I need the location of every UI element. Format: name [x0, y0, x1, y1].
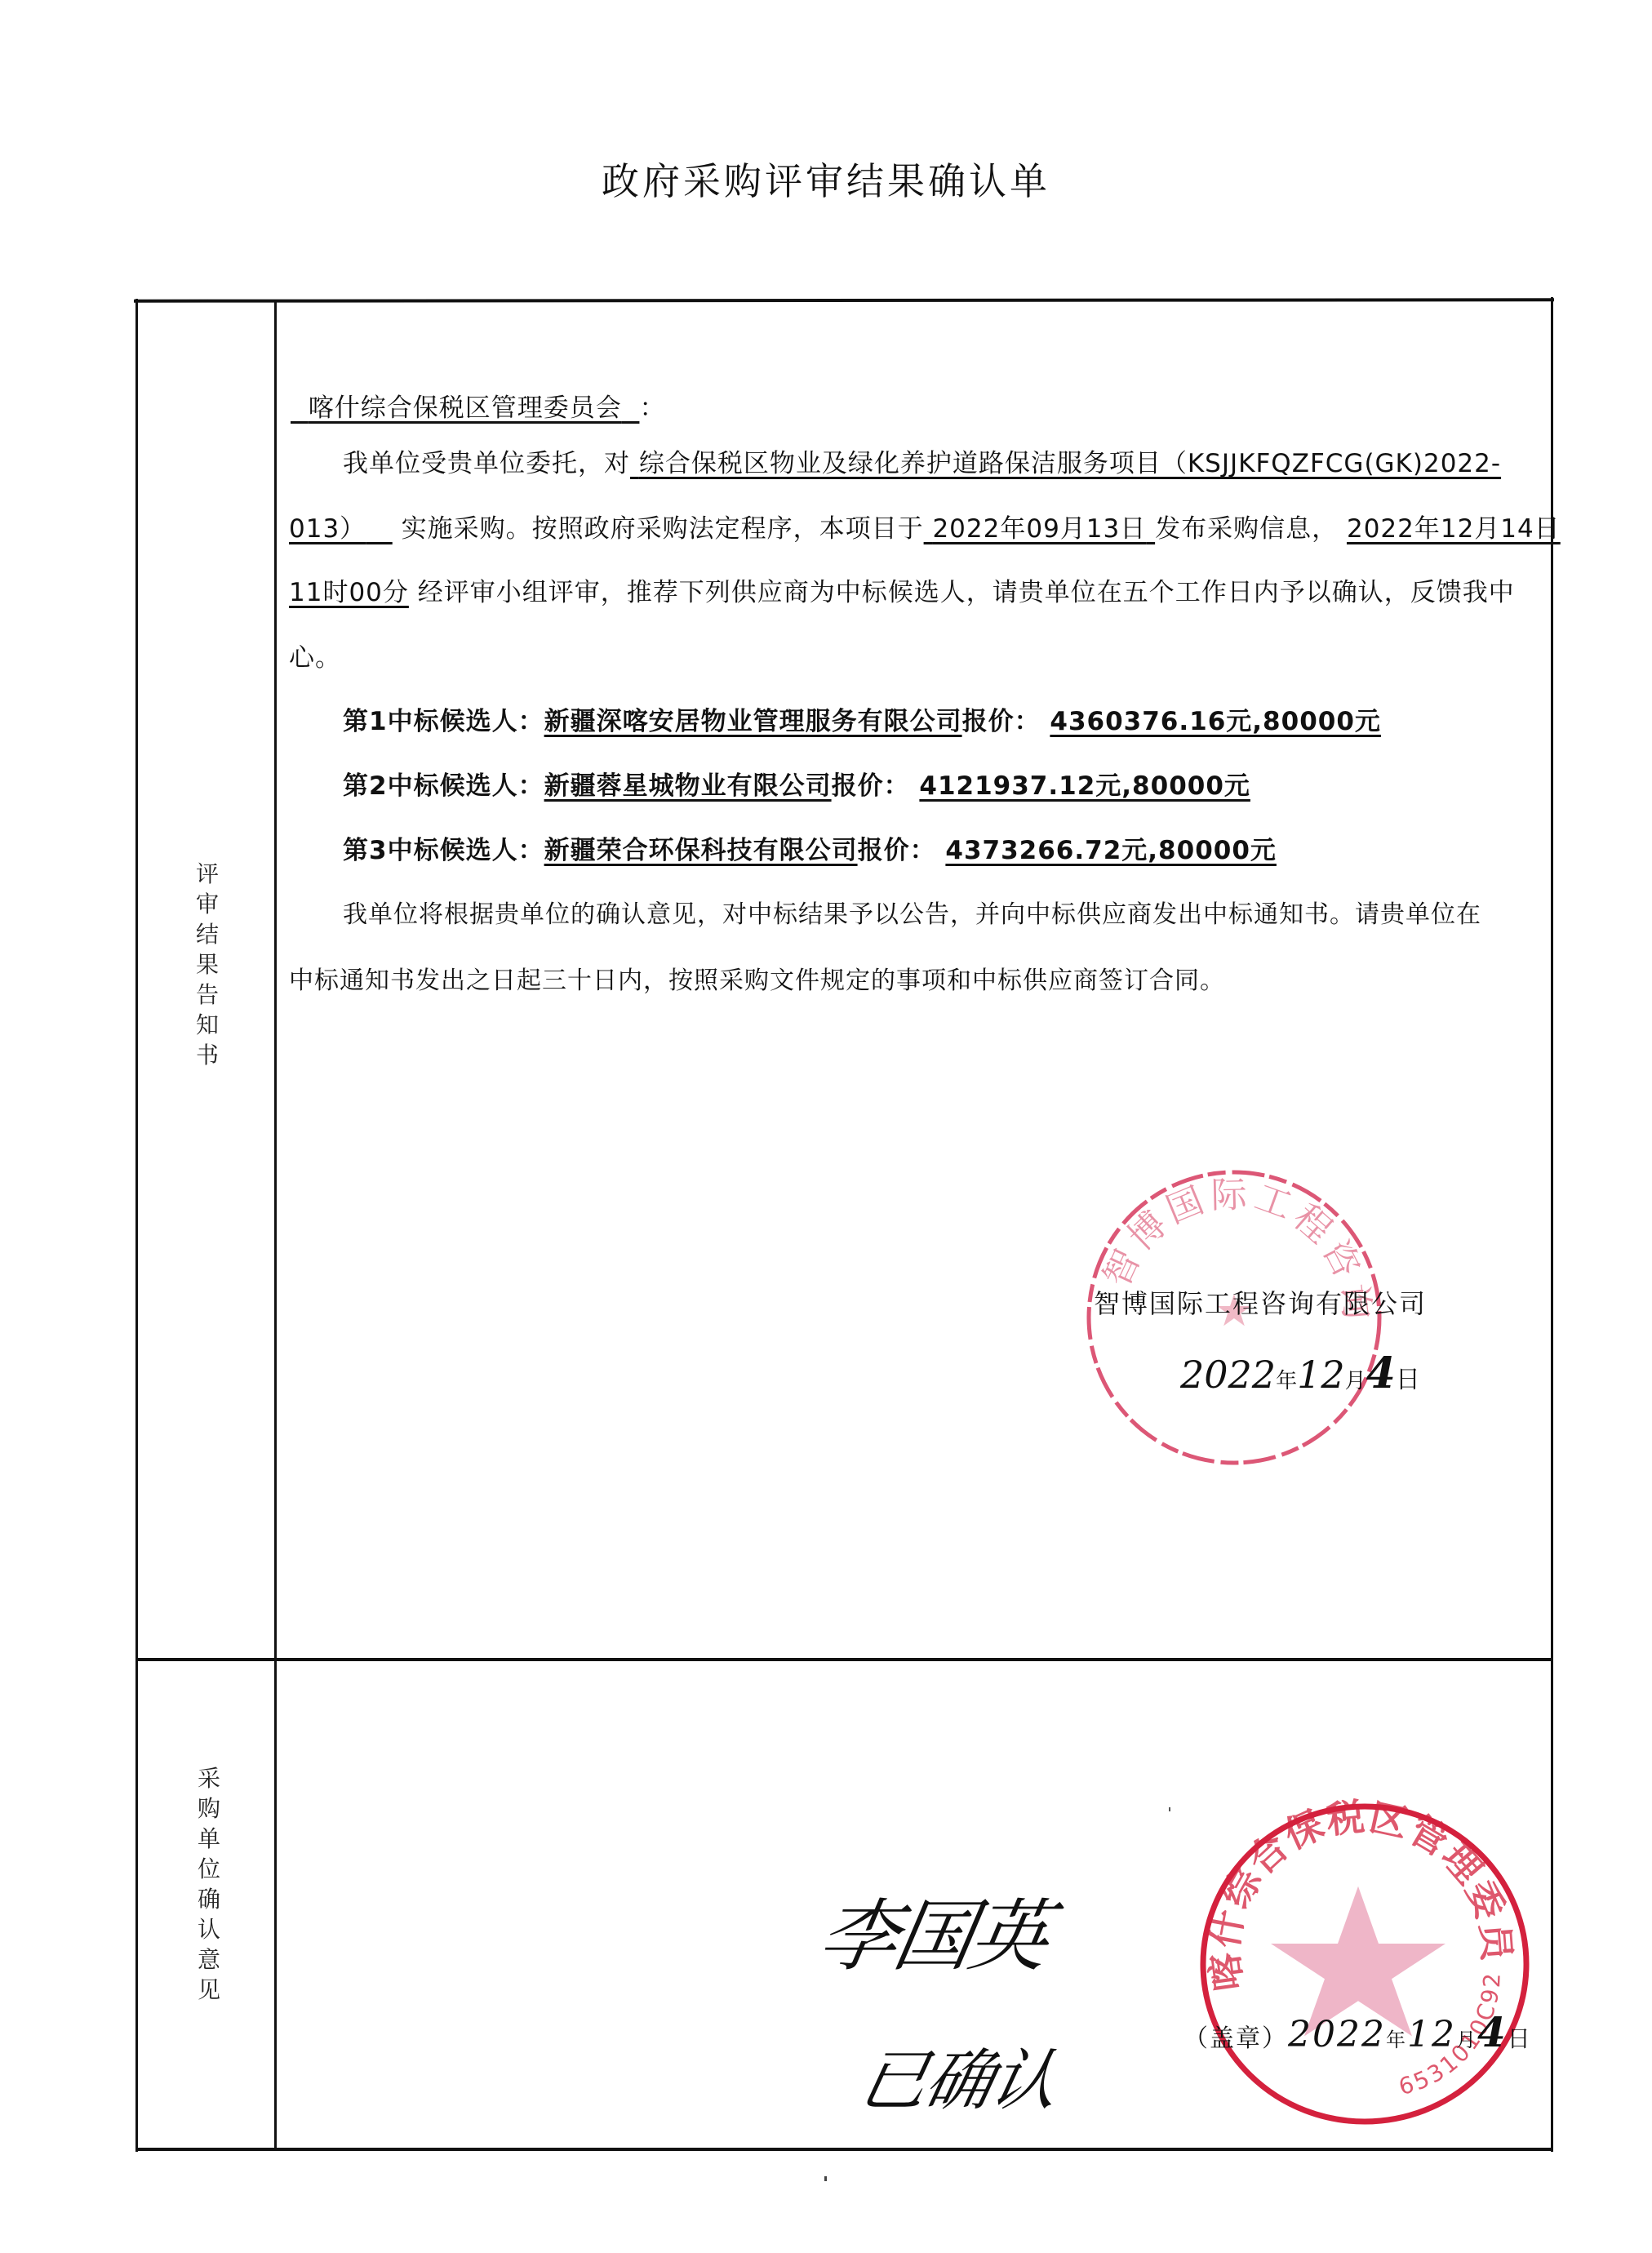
- underline-gap: [366, 514, 393, 544]
- label-char: 确: [193, 1884, 225, 1914]
- project-code-end: 013）: [289, 514, 366, 544]
- candidate-price: 4373266.72元,80000元: [945, 836, 1277, 865]
- para1-lead: 我单位受贵单位委托，对: [343, 449, 630, 478]
- candidate-price: 4360376.16元,80000元: [1050, 707, 1381, 736]
- label-char: 见: [193, 1975, 225, 2005]
- para1-text: 发布采购信息，: [1155, 514, 1338, 544]
- label-char: 认: [193, 1914, 225, 1944]
- table-left-border: [135, 299, 138, 2152]
- date-month-unit: 月: [1456, 2029, 1477, 2051]
- candidate-rank: 第1中标候选人：: [343, 707, 544, 736]
- label-char: 果: [191, 949, 224, 980]
- para2-text: 中标通知书发出之日起三十日内，按照采购文件规定的事项和中标供应商签订合同。: [289, 967, 1225, 995]
- publish-date: 2022年09月13日: [924, 514, 1156, 544]
- table-right-border: [1551, 297, 1553, 2152]
- table-bottom-border: [135, 2148, 1553, 2151]
- candidate-company: 新疆荣合环保科技有限公司: [544, 836, 858, 865]
- candidate-price-label: 报价：: [832, 771, 910, 801]
- label-char: 评: [191, 859, 224, 889]
- review-date: 2022年12月14日: [1347, 514, 1561, 544]
- project-name: 综合保税区物业及绿化养护道路保洁服务项目（KSJJKFQZFCG(GK)2022…: [630, 449, 1501, 478]
- date-year-unit: 年: [1386, 2029, 1407, 2051]
- date-month: 12: [1407, 2014, 1456, 2055]
- date-month-unit: 月: [1345, 1369, 1366, 1393]
- date-day: 4: [1366, 1349, 1396, 1398]
- candidate-row: 第1中标候选人：新疆深喀安居物业管理服务有限公司报价： 4360376.16元,…: [343, 700, 1381, 737]
- seal-label: （盖章）: [1183, 2024, 1288, 2053]
- agency-sign-date: 2022年12月4日: [1180, 1349, 1420, 1398]
- para1-line3: 11时00分 经评审小组评审，推荐下列供应商为中标候选人，请贵单位在五个工作日内…: [289, 571, 1515, 608]
- candidate-company: 新疆蓉星城物业有限公司: [544, 771, 832, 801]
- date-month: 12: [1297, 1353, 1345, 1397]
- label-char: 意: [193, 1944, 225, 1975]
- addressee-colon: ：: [639, 393, 665, 423]
- para1-line2: 013） 实施采购。按照政府采购法定程序，本项目于 2022年09月13日 发布…: [289, 508, 1561, 544]
- candidate-row: 第2中标候选人：新疆蓉星城物业有限公司报价： 4121937.12元,80000…: [343, 765, 1250, 802]
- signature-name: 李国英: [811, 1874, 1056, 1986]
- date-day-unit: 日: [1396, 1366, 1420, 1394]
- para1-text: 实施采购。按照政府采购法定程序，本项目于: [402, 514, 924, 544]
- purchaser-seal-graphic: 喀什综合保税区管理委员会 6531010C927697: [1197, 1801, 1532, 2127]
- label-char: 知: [191, 1010, 224, 1040]
- review-time: 11时00分: [289, 578, 409, 607]
- label-char: 位: [193, 1854, 225, 1884]
- label-char: 结: [191, 919, 224, 949]
- candidate-row: 第3中标候选人：新疆荣合环保科技有限公司报价： 4373266.72元,8000…: [343, 829, 1277, 866]
- label-char: 审: [191, 889, 224, 919]
- label-char: 书: [191, 1040, 224, 1070]
- document-title: 政府采购评审结果确认单: [0, 152, 1652, 206]
- label-char: 告: [191, 980, 224, 1010]
- addressee: 喀什综合保税区管理委员会: [291, 393, 639, 423]
- agency-name: 智博国际工程咨询有限公司: [1094, 1283, 1427, 1321]
- date-year-unit: 年: [1276, 1369, 1297, 1393]
- candidate-rank: 第3中标候选人：: [343, 836, 544, 865]
- para1-text: 心。: [289, 643, 341, 673]
- candidate-price-label: 报价：: [962, 707, 1041, 736]
- scan-speck: [1169, 1807, 1170, 1811]
- label-char: 采: [193, 1763, 225, 1793]
- candidate-rank: 第2中标候选人：: [343, 771, 544, 801]
- candidate-price-label: 报价：: [858, 836, 936, 865]
- table-top-border: [134, 298, 1554, 303]
- date-day: 4: [1477, 2008, 1508, 2056]
- scan-speck: [824, 2176, 827, 2181]
- table-column-divider: [274, 300, 277, 2150]
- label-char: 单: [193, 1824, 225, 1854]
- date-day-unit: 日: [1508, 2025, 1532, 2052]
- para2-line2: 中标通知书发出之日起三十日内，按照采购文件规定的事项和中标供应商签订合同。: [289, 960, 1225, 996]
- addressee-line: 喀什综合保税区管理委员会 ：: [291, 387, 665, 424]
- signature-note: 已确认: [852, 2028, 1068, 2123]
- date-year: 2022: [1180, 1353, 1276, 1397]
- table-row-divider: [135, 1658, 1553, 1661]
- candidate-price: 4121937.12元,80000元: [919, 771, 1250, 801]
- para2-text: 我单位将根据贵单位的确认意见，对中标结果予以公告，并向中标供应商发出中标通知书。…: [343, 900, 1481, 929]
- label-char: 购: [193, 1793, 225, 1824]
- para2-line1: 我单位将根据贵单位的确认意见，对中标结果予以公告，并向中标供应商发出中标通知书。…: [343, 894, 1481, 930]
- para1-line4: 心。: [289, 637, 341, 673]
- section-label-purchaser-confirmation: 采 购 单 位 确 认 意 见: [193, 1763, 225, 2005]
- date-year: 2022: [1288, 2014, 1386, 2055]
- para1-line1: 我单位受贵单位委托，对 综合保税区物业及绿化养护道路保洁服务项目（KSJJKFQ…: [343, 442, 1501, 479]
- para1-text: 经评审小组评审，推荐下列供应商为中标候选人，请贵单位在五个工作日内予以确认，反馈…: [418, 578, 1515, 607]
- section-label-review-result: 评 审 结 果 告 知 书: [191, 859, 224, 1070]
- candidate-company: 新疆深喀安居物业管理服务有限公司: [544, 707, 962, 736]
- seal-date-line: （盖章）2022年12月4日: [1183, 2008, 1532, 2056]
